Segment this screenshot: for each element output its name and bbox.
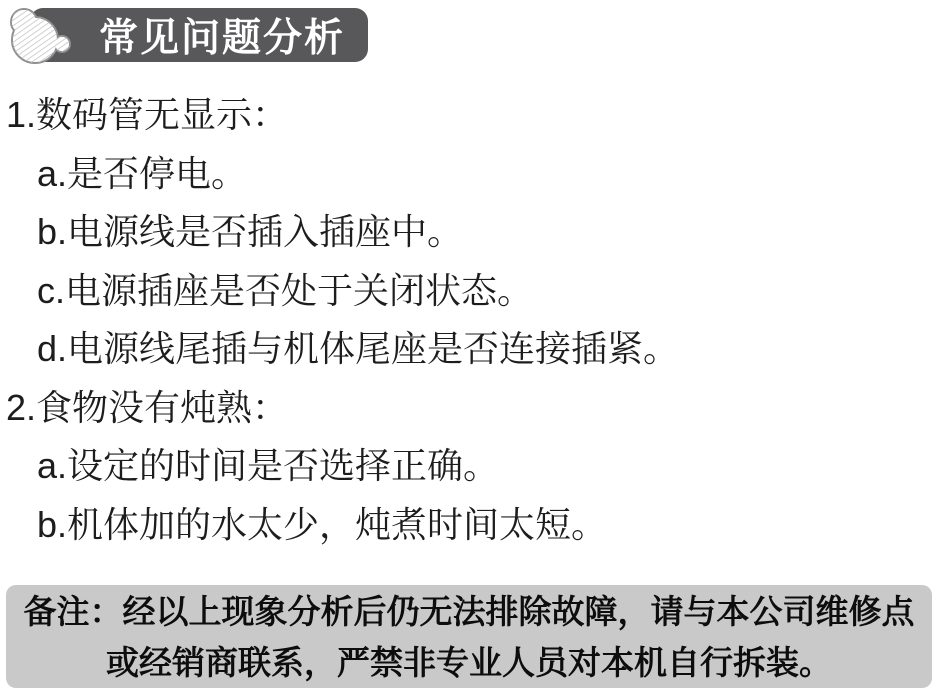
section-title-badge: 常见问题分析 (30, 8, 368, 62)
faq-problem-1-item-d: d.电源线尾插与机体尾座是否连接插紧。 (0, 320, 937, 379)
faq-problem-2-item-b: b.机体加的水太少，炖煮时间太短。 (0, 496, 937, 555)
faq-problem-1-item-c: c.电源插座是否处于关闭状态。 (0, 262, 937, 321)
faq-list: 1.数码管无显示： a.是否停电。 b.电源线是否插入插座中。 c.电源插座是否… (0, 86, 937, 554)
manual-page: 常见问题分析 (0, 0, 937, 694)
faq-problem-2-item-a: a.设定的时间是否选择正确。 (0, 437, 937, 496)
section-title: 常见问题分析 (99, 7, 345, 63)
faq-problem-1-item-a: a.是否停电。 (0, 145, 937, 204)
note-line-1: 备注：经以上现象分析后仍无法排除故障，请与本公司维修点 (6, 586, 932, 637)
faq-problem-1-item-b: b.电源线是否插入插座中。 (0, 203, 937, 262)
note-line-2: 或经销商联系，严禁非专业人员对本机自行拆装。 (6, 637, 932, 688)
faq-problem-1-title: 1.数码管无显示： (0, 86, 937, 145)
cloud-sketch-icon (0, 7, 72, 65)
faq-problem-2-title: 2.食物没有炖熟： (0, 379, 937, 438)
note-banner: 备注：经以上现象分析后仍无法排除故障，请与本公司维修点 或经销商联系，严禁非专业… (6, 585, 932, 688)
